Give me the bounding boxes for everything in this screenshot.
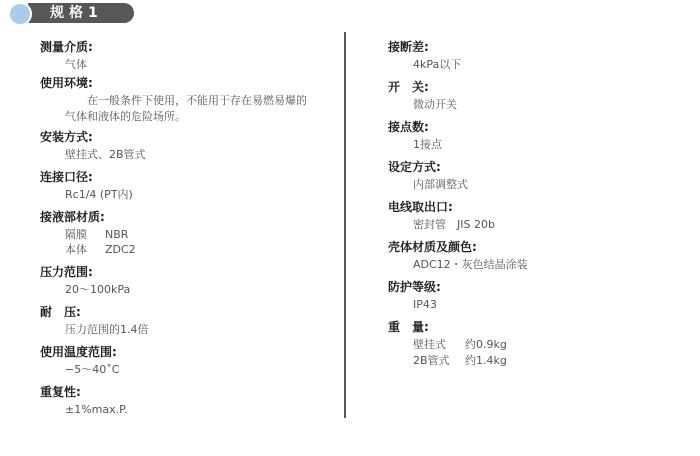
column-divider [344, 32, 346, 418]
spec-value: 4kPa以下 [388, 56, 678, 74]
spec-value: Rc1/4 (PT内) [40, 186, 330, 204]
spec-value: 1接点 [388, 136, 678, 154]
spec-differential: 接断差: 4kPa以下 [388, 38, 678, 74]
spec-label: 耐 压: [40, 303, 330, 321]
spec-label: 连接口径: [40, 168, 330, 186]
spec-value: ±1%max.P. [40, 401, 330, 419]
part-name: 本体 [65, 241, 105, 259]
spec-value: −5～40˚C [40, 361, 330, 379]
spec-label: 接断差: [388, 38, 678, 56]
spec-port: 连接口径: Rc1/4 (PT内) [40, 168, 330, 204]
spec-weight: 重 量: 壁挂式 约0.9kg 2B管式 约1.4kg [388, 318, 678, 370]
spec-value: 密封管 JIS 20b [388, 216, 678, 234]
spec-label: 测量介质: [40, 38, 330, 56]
section-title: 规格1 [50, 4, 103, 22]
spec-value: IP43 [388, 296, 678, 314]
spec-medium: 测量介质: 气体 [40, 38, 330, 74]
spec-switch: 开 关: 微动开关 [388, 78, 678, 114]
part-material: ZDC2 [105, 241, 136, 259]
spec-value: 气体 [40, 56, 330, 74]
spec-label: 使用环境: [40, 74, 330, 92]
spec-label: 接液部材质: [40, 208, 330, 226]
spec-pressure-range: 压力范围: 20～100kPa [40, 263, 330, 299]
spec-label: 重 量: [388, 318, 678, 336]
spec-value: 壁挂式、2B管式 [40, 146, 330, 164]
spec-wetted-material: 接液部材质: 隔膜 NBR 本体 ZDC2 [40, 208, 330, 259]
spec-value: 在一般条件下使用，不能用于存在易燃易爆的 气体和液体的危险场所。 [40, 93, 327, 125]
spec-label: 安装方式: [40, 128, 330, 146]
spec-label: 防护等级: [388, 278, 678, 296]
mount-weight: 约1.4kg [465, 352, 507, 370]
spec-value-row: 2B管式 约1.4kg [388, 352, 678, 370]
spec-proof-pressure: 耐 压: 压力范围的1.4倍 [40, 303, 330, 339]
spec-value: ADC12・灰色结晶涂装 [388, 256, 678, 274]
spec-label: 开 关: [388, 78, 678, 96]
spec-value: 压力范围的1.4倍 [40, 321, 330, 339]
spec-label: 电线取出口: [388, 198, 678, 216]
spec-protection: 防护等级: IP43 [388, 278, 678, 314]
spec-label: 接点数: [388, 118, 678, 136]
spec-value: 微动开关 [388, 96, 678, 114]
spec-contacts: 接点数: 1接点 [388, 118, 678, 154]
spec-value-line: 气体和液体的危险场所。 [65, 109, 327, 125]
spec-label: 使用温度范围: [40, 343, 330, 361]
spec-value-line: 在一般条件下使用，不能用于存在易燃易爆的 [65, 93, 327, 109]
spec-column-left: 测量介质: 气体 使用环境: 在一般条件下使用，不能用于存在易燃易爆的 气体和液… [40, 38, 330, 419]
spec-housing: 壳体材质及颜色: ADC12・灰色结晶涂装 [388, 238, 678, 274]
section-header: 规格1 [8, 2, 130, 24]
header-bullet-icon [8, 2, 32, 26]
spec-wire-outlet: 电线取出口: 密封管 JIS 20b [388, 198, 678, 234]
spec-value-row: 本体 ZDC2 [40, 241, 330, 259]
spec-column-right: 接断差: 4kPa以下 开 关: 微动开关 接点数: 1接点 设定方式: 内部调… [388, 38, 678, 370]
spec-value: 20～100kPa [40, 281, 330, 299]
spec-mounting: 安装方式: 壁挂式、2B管式 [40, 128, 330, 164]
spec-environment: 使用环境: 在一般条件下使用，不能用于存在易燃易爆的 气体和液体的危险场所。 [40, 74, 330, 125]
spec-label: 设定方式: [388, 158, 678, 176]
spec-setting: 设定方式: 内部调整式 [388, 158, 678, 194]
mount-type: 2B管式 [413, 352, 465, 370]
spec-repeatability: 重复性: ±1%max.P. [40, 383, 330, 419]
spec-label: 壳体材质及颜色: [388, 238, 678, 256]
spec-temperature: 使用温度范围: −5～40˚C [40, 343, 330, 379]
spec-label: 压力范围: [40, 263, 330, 281]
spec-value: 内部调整式 [388, 176, 678, 194]
spec-label: 重复性: [40, 383, 330, 401]
